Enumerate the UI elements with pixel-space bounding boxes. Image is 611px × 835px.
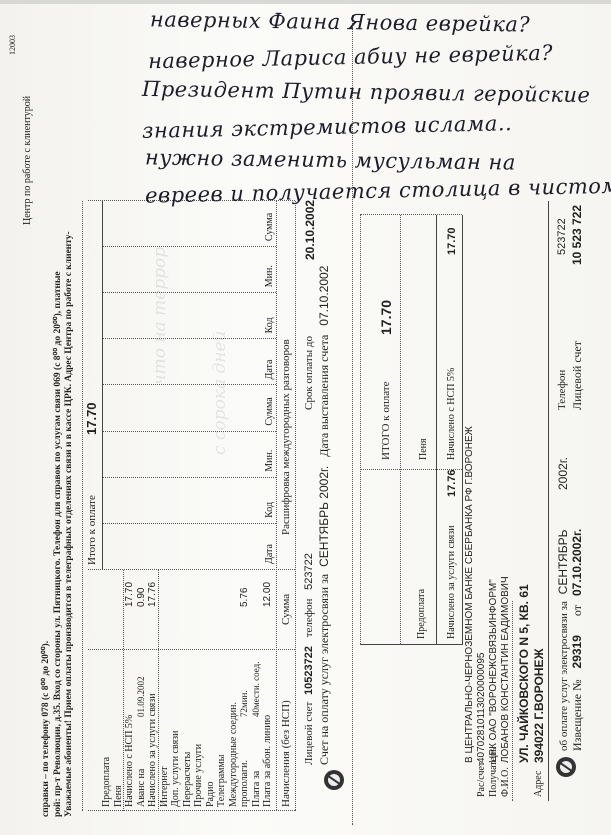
notice-penalty-label: Пеня [418, 438, 429, 460]
fio-label: Ф.И.О. [500, 767, 511, 797]
charge-note: 01.09.2002 [136, 677, 146, 718]
row-divider [123, 570, 124, 811]
calls-column-header: Дата [264, 360, 275, 380]
footer-line-3: справки – по телефону 078 (с 8⁰⁰ до 20⁰⁰… [40, 641, 51, 817]
charge-value: 17.70 [124, 582, 135, 607]
table-col-divider [88, 649, 295, 650]
sum-header: Сумма [280, 594, 292, 625]
charge-label: Радио [205, 782, 216, 807]
notice-vat-label: Начислено с НСП 5% [446, 368, 457, 460]
charge-label: Начислено с НСП 5% [124, 715, 135, 807]
notice-month: СЕНТЯБРЬ [556, 530, 570, 595]
notice-total-label: ИТОГО к оплате [380, 382, 392, 461]
table-border [82, 201, 83, 811]
charge-label: Начислено за услуги связи [147, 693, 158, 807]
charge-label: прополаги. [239, 760, 250, 807]
invoice-due-label: Срок оплаты до [303, 336, 315, 410]
notice-subtitle: об оплате услуг электросвязи за СЕНТЯБРЬ [556, 530, 570, 751]
notice-charged-value: 17.76 [446, 469, 458, 497]
divider [548, 201, 549, 801]
invoice-logo-icon [324, 770, 344, 790]
notice-vat-value: 17.70 [446, 227, 458, 255]
notice-title: Извещение № 29319 от 07.10.2002г. [570, 529, 585, 751]
invoice-total-value: 17.70 [84, 402, 99, 435]
bleed-through-text: что на террор [150, 247, 170, 385]
charge-label: Перерасчеты [182, 752, 193, 807]
notice-phone-label: Телефон [556, 370, 568, 410]
footer-signature: Центр по работе с клиентурой [22, 96, 33, 225]
notice-prepay-label: Предоплата [416, 589, 427, 639]
notice-year: 2002г. [556, 457, 570, 490]
footer-line-2: рой: пр-т Революции, д.35. Вход со сторо… [52, 271, 63, 817]
table-border [360, 214, 462, 215]
notice-from-label: от [570, 605, 584, 616]
table-header-divider [276, 201, 277, 811]
charge-label: Доп. услуги связи [170, 731, 181, 807]
charge-label: Междугородные соедин. [228, 702, 239, 807]
notice-account-number: 10 523 722 [570, 205, 584, 265]
invoice-account-label: Лицевой счет [303, 702, 315, 765]
table-col-divider [360, 469, 462, 470]
calls-column-header: Мин. [264, 265, 275, 287]
invoice-title: Счет на оплату услуг электросвязи за СЕН… [317, 266, 332, 765]
invoice-total-label: Итого к оплате [86, 495, 98, 565]
charge-note: 72мин. [239, 690, 249, 717]
recipient-value: ЦРК ОАО "ВОРОНЕЖСВЯЗЬИНФОРМ" [488, 579, 499, 763]
calls-column-header: Сумма [264, 397, 275, 425]
invoice-phone: 523722 [303, 553, 315, 590]
table-row-divider [400, 215, 401, 645]
table-border [360, 215, 361, 645]
calls-col-divider [102, 477, 276, 478]
notice-title-label: Извещение № [570, 679, 584, 751]
invoice-account: 10523722 [303, 646, 315, 695]
invoice-account-line: Лицевой счет 10523722 телефон 523722 [303, 553, 315, 765]
table-border [360, 644, 462, 645]
calls-column-header: Код [264, 502, 275, 518]
settlement-account-value: 40702810113020000095 [476, 653, 487, 764]
calls-column-header: Мин. [264, 450, 275, 472]
fio-value: ЛОБАНОВ КОНСТАНТИН ЕАДИМОВИЧ [500, 576, 511, 763]
charge-label: Плата за [251, 771, 262, 807]
address-city: 394022 Г.ВОРОНЕЖ [532, 649, 546, 763]
notice-subtitle-text: об оплате услуг электросвязи за [558, 601, 570, 751]
charges-header: Начисления (без НСП) [280, 700, 292, 807]
footer-form-code: 12003 [8, 35, 17, 55]
invoice-phone-label: телефон [303, 599, 315, 638]
calls-col-divider [102, 246, 276, 247]
notice-date: 07.10.2002г. [570, 529, 584, 596]
calls-col-divider [102, 523, 276, 524]
charge-value: 5.76 [239, 588, 250, 607]
charge-label: Прочие услуги [193, 744, 204, 807]
charge-label: Плата за абон. линию [262, 715, 273, 807]
calls-title: Расшифровка междугородных разговоров [280, 339, 292, 535]
notice-phone: 523722 [556, 218, 568, 255]
charge-label: Пеня [113, 785, 124, 807]
settlement-account-label: Рас/счет [476, 762, 487, 797]
address-label: Адрес [533, 771, 544, 797]
charge-note: 40мести. соед. [251, 662, 261, 717]
footer-line-1: Уважаемые абоненты! Прием оплаты произво… [64, 231, 74, 817]
charge-label: Интернет [159, 766, 170, 807]
table-col-divider [88, 569, 295, 570]
calls-col-divider [102, 338, 276, 339]
calls-col-divider [102, 431, 276, 432]
invoice-title-text: Счет на оплату услуг электросвязи за [317, 574, 331, 765]
company-logo-icon [556, 757, 576, 777]
calls-table-bottom [102, 201, 103, 570]
notice-charged-label: Начислено за услуги связи [446, 525, 457, 639]
charge-label: Предоплата [101, 757, 112, 807]
charge-label: Аванс на [136, 769, 147, 807]
calls-column-header: Сумма [264, 213, 275, 241]
bank-name: В ЦЕНТРАЛЬНО-ЧЕРНОЗЕМНОМ БАНКЕ СБЕРБАНКА… [464, 426, 475, 763]
address-street: УЛ. ЧАЙКОВСКОГО N 5, КВ. 61 [517, 584, 531, 763]
invoice-due-date: 20.10.2002 [303, 200, 317, 260]
divider [512, 601, 513, 801]
calls-column-header: Код [264, 317, 275, 333]
calls-column-header: Дата [264, 544, 275, 564]
invoice-issue-label: Дата выставления счета [317, 335, 331, 457]
table-border [462, 215, 463, 645]
charge-value: 17.76 [147, 582, 158, 607]
notice-account-label: Лицевой счет [570, 341, 585, 410]
invoice-month: СЕНТЯБРЬ 2002г. [317, 466, 331, 567]
notice-total-value: 17.70 [378, 300, 394, 335]
charge-value: 12.00 [262, 582, 273, 607]
table-border [88, 810, 295, 811]
calls-col-divider [102, 292, 276, 293]
invoice-issue-date: 07.10.2002 [317, 266, 331, 326]
charge-value: 0.90 [136, 588, 147, 607]
table-row-divider [436, 215, 437, 645]
charge-label: Телеграммы [216, 754, 227, 807]
table-border [295, 201, 296, 811]
notice-number: 29319 [570, 635, 584, 668]
bleed-through-text: с сорока дней [210, 331, 230, 455]
calls-col-divider [102, 385, 276, 386]
